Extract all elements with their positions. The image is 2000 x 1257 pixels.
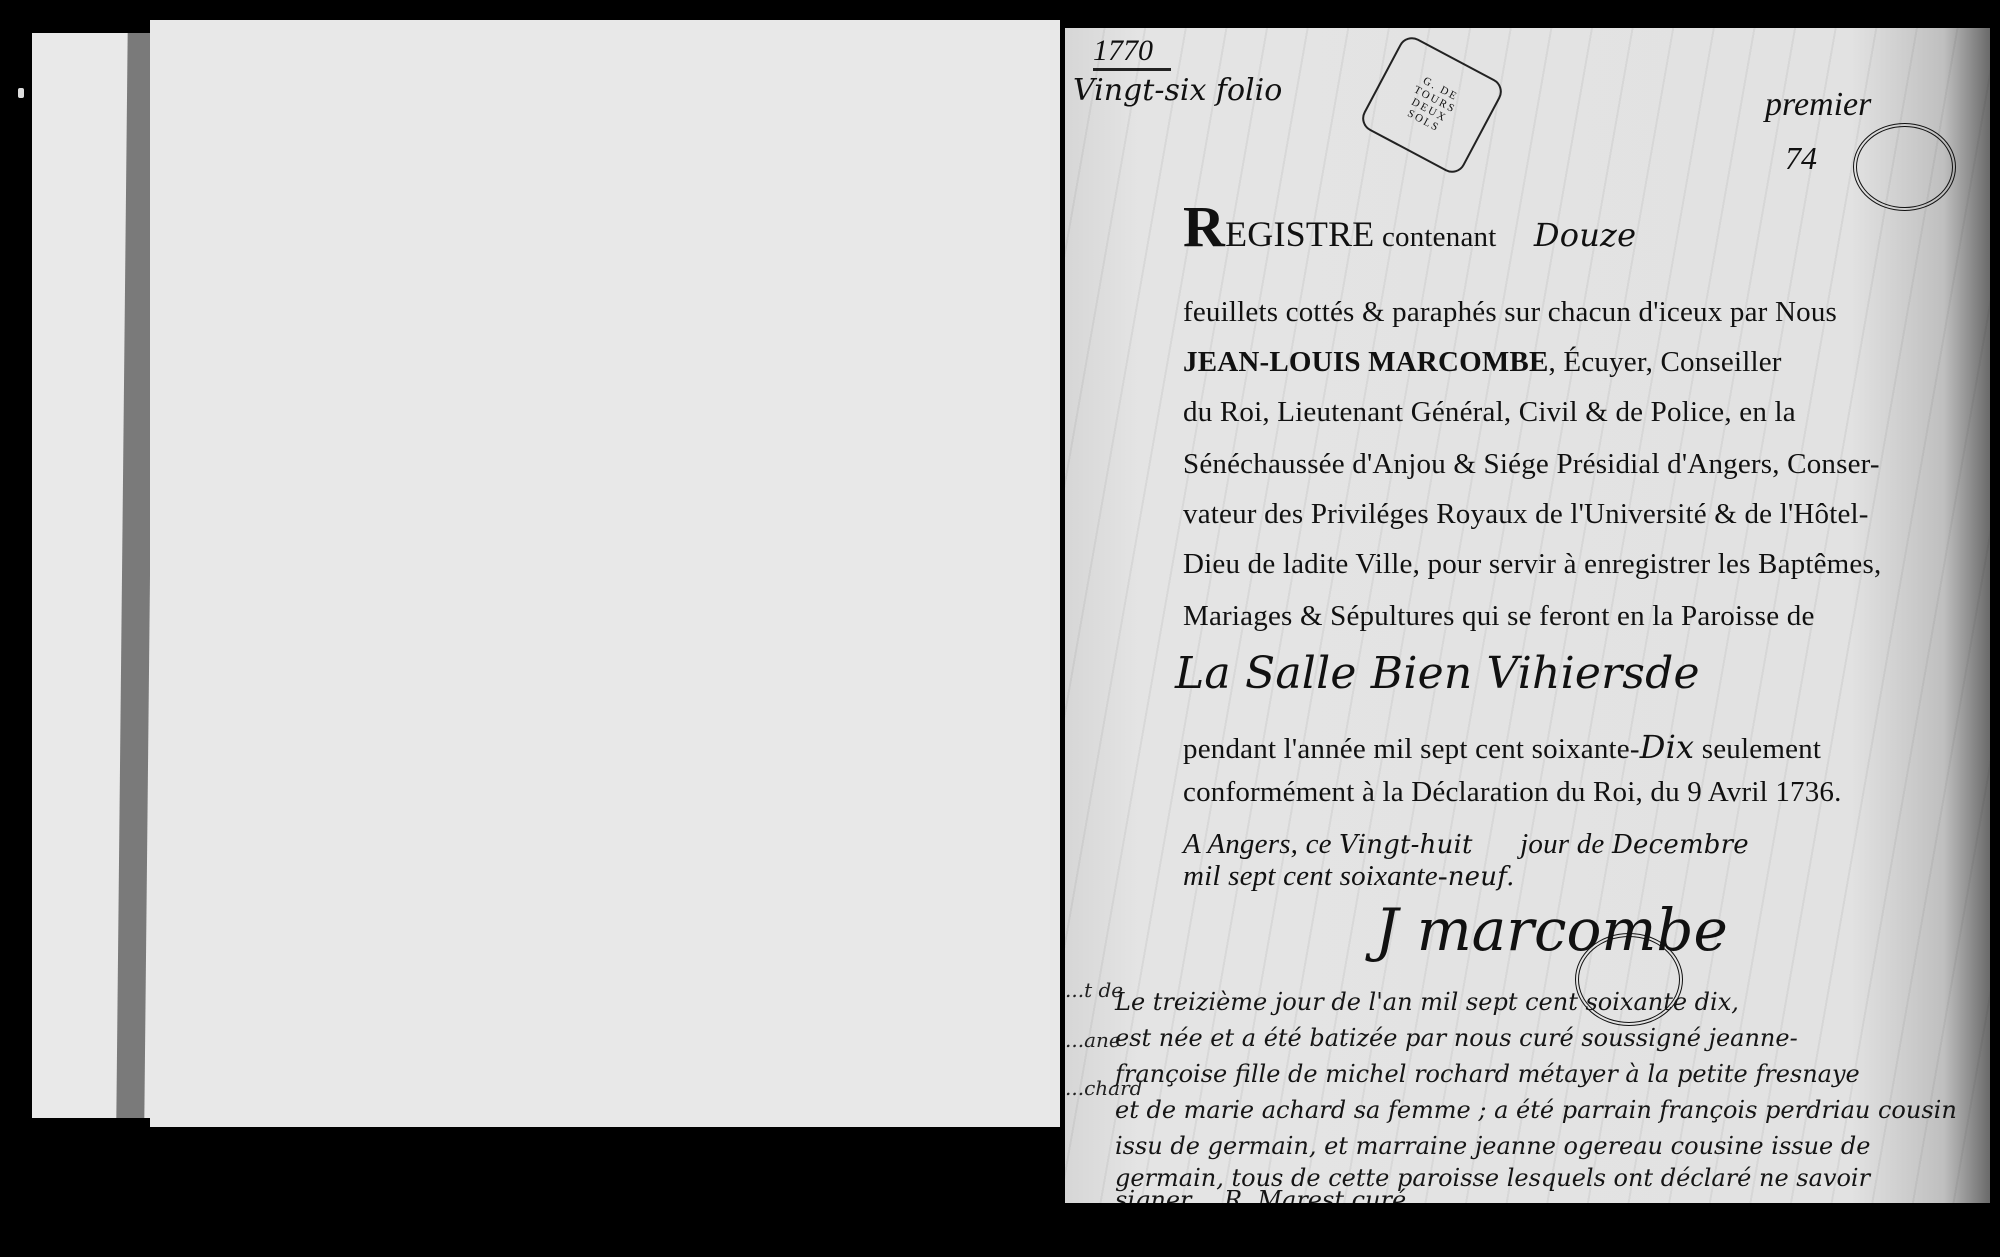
tax-stamp: G. DE TOURS DEUX SOLS bbox=[1357, 32, 1506, 177]
paraphe-flourish-icon bbox=[1853, 123, 1956, 211]
premier-note: premier bbox=[1765, 86, 1871, 124]
priest-signature: R. Marest curé bbox=[1224, 1186, 1406, 1203]
folio-number: 74 bbox=[1785, 140, 1817, 177]
margin-note: ...ane bbox=[1065, 1028, 1121, 1052]
form-line-12: A Angers, ce Vingt-huit jour de Decembre bbox=[1183, 828, 1749, 861]
register-page: 1770 Vingt-six folio G. DE TOURS DEUX SO… bbox=[1065, 28, 1990, 1203]
form-line-5: Sénéchaussée d'Anjou & Siége Présidial d… bbox=[1183, 448, 1880, 481]
form-line-13: mil sept cent soixante-neuf. bbox=[1183, 860, 1515, 893]
stamp-text: G. DE TOURS DEUX SOLS bbox=[1400, 73, 1463, 137]
form-line-11: conformément à la Déclaration du Roi, du… bbox=[1183, 776, 1842, 809]
filled-leaf-count: Douze bbox=[1534, 216, 1636, 254]
form-line-2: feuillets cottés & paraphés sur chacun d… bbox=[1183, 296, 1837, 329]
form-line-8: Mariages & Sépultures qui se feront en l… bbox=[1183, 600, 1815, 633]
entry-line: est née et a été batizée par nous curé s… bbox=[1115, 1024, 1798, 1052]
parish-name: La Salle Bien Vihiersde bbox=[1175, 648, 1700, 699]
entry-line: françoise fille de michel rochard métaye… bbox=[1115, 1060, 1860, 1088]
dust-speck bbox=[18, 88, 24, 98]
form-line-4: du Roi, Lieutenant Général, Civil & de P… bbox=[1183, 396, 1796, 429]
entry-line: et de marie achard sa femme ; a été parr… bbox=[1115, 1096, 1957, 1124]
form-line-1: REGISTRE contenant Douze bbox=[1183, 193, 1636, 260]
entry-line: Le treizième jour de l'an mil sept cent … bbox=[1115, 988, 1739, 1016]
year-note: 1770 bbox=[1093, 34, 1171, 71]
entry-line: issu de germain, et marraine jeanne oger… bbox=[1115, 1132, 1870, 1160]
folio-note: Vingt-six folio bbox=[1073, 73, 1282, 108]
lieutenant-signature: J marcombe bbox=[1375, 896, 1728, 964]
form-line-6: vateur des Priviléges Royaux de l'Univer… bbox=[1183, 498, 1869, 531]
form-line-3: JEAN-LOUIS MARCOMBE, Écuyer, Conseiller bbox=[1183, 346, 1782, 379]
form-line-7: Dieu de ladite Ville, pour servir à enre… bbox=[1183, 548, 1881, 581]
entry-line: signer. R. Marest curé bbox=[1115, 1186, 1406, 1203]
form-line-10: pendant l'année mil sept cent soixante-D… bbox=[1183, 728, 1821, 766]
blank-left-page bbox=[150, 20, 1060, 1127]
